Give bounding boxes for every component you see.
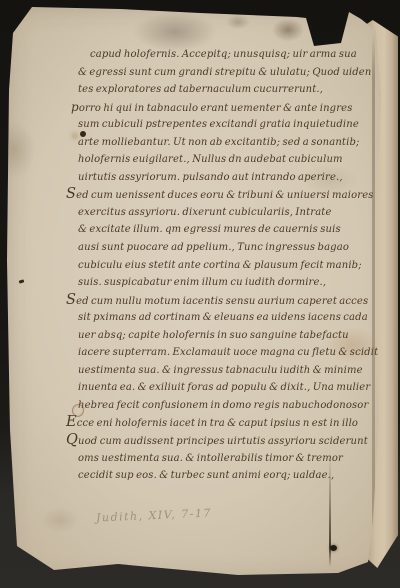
manuscript-line: uer absq; capite holofernis in suo sangu… <box>66 327 378 345</box>
manuscript-line: holofernis euigilaret., Nullus dn audeba… <box>66 151 378 169</box>
manuscript-line: capud holofernis. Accepitq; unusquisq; u… <box>66 46 378 64</box>
manuscript-line: hebrea fecit confusionem in domo regis n… <box>66 397 378 415</box>
manuscript-line: porro hi qui in tabnaculo erant uementer… <box>66 99 378 117</box>
manuscript-line: ausi sunt puocare ad ppelium., Tunc ingr… <box>66 239 378 257</box>
manuscript-line: oms uestimenta sua. & intollerabilis tim… <box>66 450 378 468</box>
manuscript-line: exercitus assyrioru. dixerunt cubiculari… <box>66 204 378 222</box>
manuscript-line: & excitate illum. qm egressi mures de ca… <box>66 221 378 239</box>
manuscript-line: uestimenta sua. & ingressus tabnaculu iu… <box>66 362 378 380</box>
wormhole <box>330 545 337 551</box>
margin-ink-tick <box>19 279 25 283</box>
text-block: capud holofernis. Accepitq; unusquisq; u… <box>66 46 378 485</box>
manuscript-line: Sed cum uenissent duces eoru & tribuni &… <box>66 186 378 204</box>
manuscript-line: cecidit sup eos. & turbec sunt animi eor… <box>66 467 378 485</box>
page-crease-right <box>372 34 375 554</box>
pencil-annotation: Judith, XIV, 7-17 <box>96 506 212 524</box>
manuscript-line: suis. suspicabatur enim illum cu iudith … <box>66 274 378 292</box>
manuscript-photo: capud holofernis. Accepitq; unusquisq; u… <box>0 0 400 588</box>
manuscript-line: tes exploratores ad tabernaculum cucurre… <box>66 81 378 99</box>
manuscript-line: arte molliebantur. Ut non ab excitantib;… <box>66 134 378 152</box>
manuscript-line: cubiculu eius stetit ante cortina & plau… <box>66 257 378 275</box>
manuscript-line: Ecce eni holofernis iacet in tra & caput… <box>66 414 378 432</box>
manuscript-line: uirtutis assyriorum. pulsando aut intran… <box>66 169 378 187</box>
manuscript-line: sum cubiculi pstrepentes excitandi grati… <box>66 116 378 134</box>
manuscript-line: inuenta ea. & exiliuit foras ad populu &… <box>66 379 378 397</box>
manuscript-line: Quod cum audissent principes uirtutis as… <box>66 432 378 450</box>
manuscript-line: iacere supterram. Exclamauit uoce magna … <box>66 344 378 362</box>
manuscript-line: sit pximans ad cortinam & eleuans ea uid… <box>66 309 378 327</box>
parchment-page: capud holofernis. Accepitq; unusquisq; u… <box>0 0 400 588</box>
margin-ink-dot <box>80 131 86 137</box>
manuscript-line: Sed cum nullu motum iacentis sensu auriu… <box>66 292 378 310</box>
manuscript-line: & egressi sunt cum grandi strepitu & ulu… <box>66 64 378 82</box>
